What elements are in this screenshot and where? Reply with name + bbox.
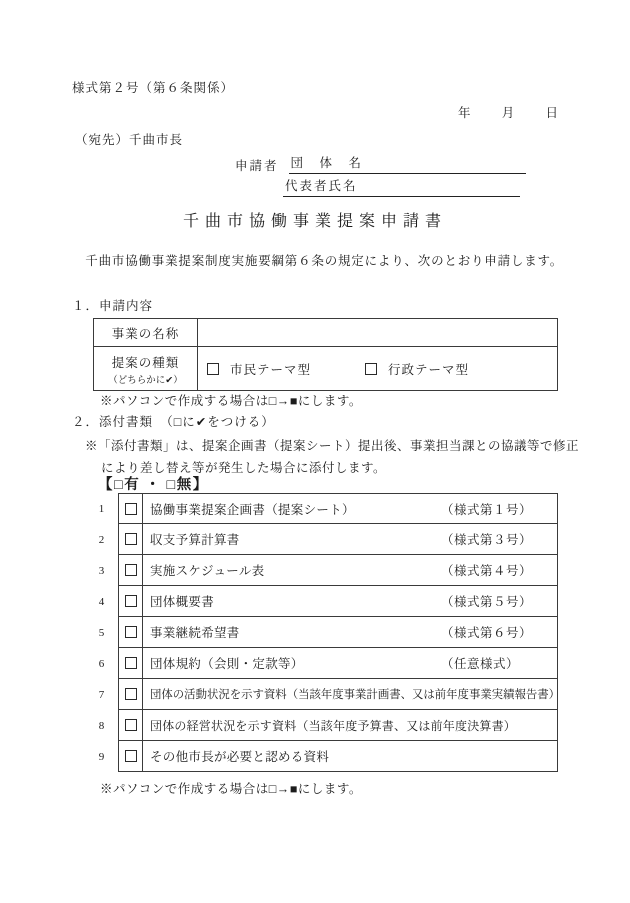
- attachment-name: 実施スケジュール表: [150, 561, 264, 579]
- applicant-line-org: 申請者 団 体 名: [235, 153, 526, 174]
- attachment-checkbox-cell[interactable]: [119, 648, 143, 678]
- attachment-form-ref: （様式第３号）: [441, 530, 532, 548]
- checkbox-icon[interactable]: [365, 363, 377, 375]
- checkbox-icon[interactable]: [125, 719, 137, 731]
- addressee: （宛先）千曲市長: [75, 130, 183, 148]
- form-number: 様式第２号（第６条関係）: [72, 78, 234, 96]
- checkbox-icon[interactable]: [125, 533, 137, 545]
- attachment-checkbox-cell[interactable]: [119, 741, 143, 771]
- attachment-checkbox-cell[interactable]: [119, 617, 143, 647]
- date-year-label: 年: [458, 103, 471, 121]
- pc-note-section1: ※パソコンで作成する場合は□→■にします。: [100, 391, 362, 409]
- checkbox-icon[interactable]: [125, 688, 137, 700]
- attachments-presence-selector[interactable]: 【□有 ・ □無】: [98, 473, 209, 494]
- date-month-label: 月: [502, 103, 515, 121]
- org-name-field[interactable]: 団 体 名: [289, 153, 526, 174]
- project-name-input-cell[interactable]: [198, 319, 557, 346]
- attachment-form-ref: （任意様式）: [441, 654, 519, 672]
- attachment-checkbox-cell[interactable]: [119, 679, 143, 709]
- attachment-checkbox-cell[interactable]: [119, 710, 143, 740]
- option-government-theme-label: 行政テーマ型: [388, 360, 469, 378]
- attachment-checkbox-cell[interactable]: [119, 494, 143, 523]
- attachment-number: 4: [85, 586, 118, 617]
- attachment-row: 9 その他市長が必要と認める資料: [85, 741, 558, 772]
- attachment-row: 3 実施スケジュール表 （様式第４号）: [85, 555, 558, 586]
- attachments-table: 1 協働事業提案企画書（提案シート） （様式第１号） 2 収支予算計算書 （様式…: [85, 493, 558, 772]
- project-name-label: 事業の名称: [94, 319, 198, 346]
- application-form-page: 様式第２号（第６条関係） 年 月 日 （宛先）千曲市長 申請者 団 体 名 代表…: [0, 0, 630, 903]
- proposal-type-label: 提案の種類: [112, 353, 180, 371]
- option-government-theme[interactable]: 行政テーマ型: [365, 360, 469, 378]
- checkbox-icon[interactable]: [207, 363, 219, 375]
- attachment-checkbox-cell[interactable]: [119, 555, 143, 585]
- date-day-label: 日: [545, 103, 558, 121]
- attachment-name: 収支予算計算書: [150, 530, 240, 548]
- attachment-row: 2 収支予算計算書 （様式第３号）: [85, 524, 558, 555]
- checkbox-icon[interactable]: [125, 657, 137, 669]
- attachment-number: 8: [85, 710, 118, 741]
- date-line: 年 月 日: [458, 103, 558, 121]
- attachment-name: 協働事業提案企画書（提案シート）: [150, 500, 355, 518]
- table-row-proposal-type: 提案の種類 （どちらかに✔） 市民テーマ型 行政テーマ型: [94, 346, 557, 390]
- checkbox-icon[interactable]: [125, 595, 137, 607]
- attachment-row: 6 団体規約（会則・定款等） （任意様式）: [85, 648, 558, 679]
- attachment-name: 団体の経営状況を示す資料（当該年度予算書、又は前年度決算書）: [150, 717, 516, 734]
- attachment-row: 7 団体の活動状況を示す資料（当該年度事業計画書、又は前年度事業実績報告書）: [85, 679, 558, 710]
- table-row-project-name: 事業の名称: [94, 319, 557, 346]
- pc-note-section2: ※パソコンで作成する場合は□→■にします。: [100, 779, 362, 797]
- attachment-form-ref: （様式第５号）: [441, 592, 532, 610]
- attachment-name: 団体の活動状況を示す資料（当該年度事業計画書、又は前年度事業実績報告書）: [150, 686, 557, 702]
- attachment-name: 団体規約（会則・定款等）: [150, 654, 304, 672]
- attachment-form-ref: （様式第１号）: [441, 500, 532, 518]
- representative-field-label: 代表者氏名: [285, 179, 358, 193]
- attachment-form-ref: （様式第６号）: [441, 623, 532, 641]
- option-citizen-theme-label: 市民テーマ型: [230, 360, 311, 378]
- attachment-number: 7: [85, 679, 118, 710]
- section1-heading: １．申請内容: [72, 296, 153, 314]
- attachment-name: 団体概要書: [150, 592, 214, 610]
- checkbox-icon[interactable]: [125, 564, 137, 576]
- intro-paragraph: 千曲市協働事業提案制度実施要綱第６条の規定により、次のとおり申請します。: [72, 251, 563, 269]
- representative-name-field[interactable]: 代表者氏名: [283, 176, 520, 197]
- checkbox-icon[interactable]: [125, 750, 137, 762]
- attachment-checkbox-cell[interactable]: [119, 586, 143, 616]
- attachment-name: その他市長が必要と認める資料: [150, 747, 329, 765]
- attachment-name: 事業継続希望書: [150, 623, 240, 641]
- checkbox-icon[interactable]: [125, 626, 137, 638]
- application-content-table: 事業の名称 提案の種類 （どちらかに✔） 市民テーマ型 行政テーマ型: [93, 318, 558, 391]
- proposal-type-note: （どちらかに✔）: [108, 372, 182, 386]
- attachment-number: 3: [85, 555, 118, 586]
- attachment-row: 1 協働事業提案企画書（提案シート） （様式第１号）: [85, 493, 558, 524]
- proposal-type-label-cell: 提案の種類 （どちらかに✔）: [94, 347, 198, 391]
- attachments-note-line1: ※「添付書類」は、提案企画書（提案シート）提出後、事業担当課との協議等で修正: [85, 436, 579, 454]
- attachment-number: 6: [85, 648, 118, 679]
- attachment-number: 5: [85, 617, 118, 648]
- option-citizen-theme[interactable]: 市民テーマ型: [207, 360, 311, 378]
- applicant-line-representative: 代表者氏名: [283, 176, 520, 197]
- applicant-label: 申請者: [235, 156, 279, 174]
- attachment-row: 4 団体概要書 （様式第５号）: [85, 586, 558, 617]
- checkbox-icon[interactable]: [125, 503, 137, 515]
- attachment-form-ref: （様式第４号）: [441, 561, 532, 579]
- attachment-row: 8 団体の経営状況を示す資料（当該年度予算書、又は前年度決算書）: [85, 710, 558, 741]
- attachment-checkbox-cell[interactable]: [119, 524, 143, 554]
- attachment-number: 1: [85, 493, 118, 524]
- org-name-field-label: 団 体 名: [291, 156, 364, 170]
- attachment-number: 9: [85, 741, 118, 772]
- proposal-type-options-cell: 市民テーマ型 行政テーマ型: [198, 347, 557, 390]
- attachment-row: 5 事業継続希望書 （様式第６号）: [85, 617, 558, 648]
- document-title: 千曲市協働事業提案申請書: [0, 208, 630, 231]
- section2-heading: ２．添付書類 （□に✔をつける）: [72, 412, 275, 430]
- attachment-number: 2: [85, 524, 118, 555]
